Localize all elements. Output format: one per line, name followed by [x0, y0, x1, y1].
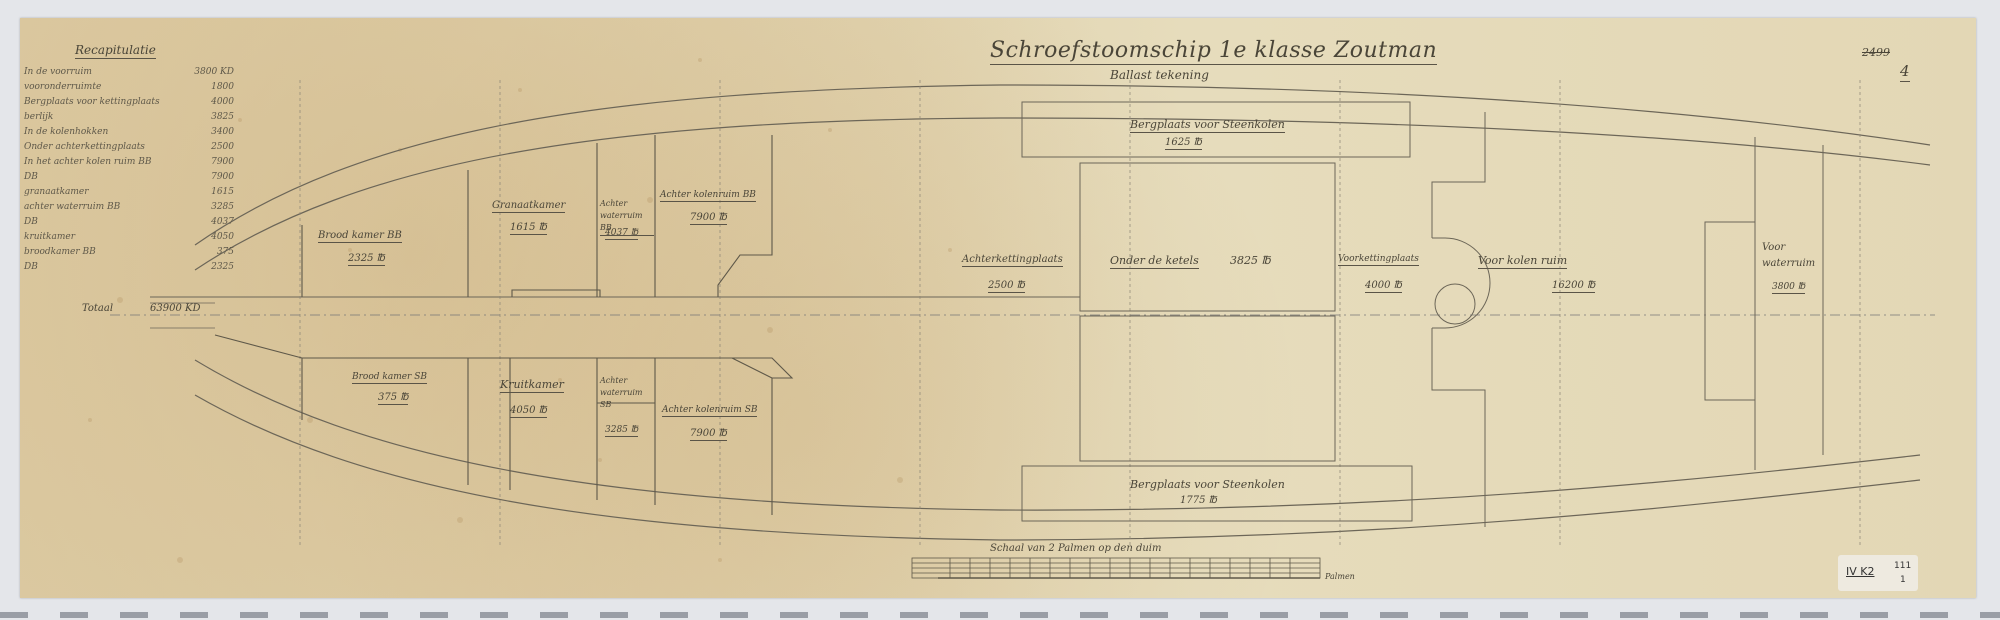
- legend-row: achter waterruim BB3285: [24, 202, 234, 212]
- compartment-weight: 3825 ℔: [1230, 254, 1271, 267]
- legend-row: In het achter kolen ruim BB7900: [24, 157, 234, 167]
- archive-sub: 1: [1900, 575, 1906, 585]
- compartment-label: Onder de ketels: [1110, 254, 1199, 269]
- coal-storage-lower-label: Bergplaats voor Steenkolen: [1130, 478, 1285, 491]
- compartment-label: Achterkettingplaats: [962, 254, 1063, 267]
- compartment-label: Achter kolenruim SB: [662, 405, 757, 417]
- compartment-label: Voor kolen ruim: [1478, 254, 1567, 269]
- compartment-label: Brood kamer BB: [318, 230, 402, 243]
- ship-plan-drawing: [0, 0, 2000, 620]
- legend-row: In de kolenhokken3400: [24, 127, 234, 137]
- coal-storage-upper-label: Bergplaats voor Steenkolen: [1130, 118, 1285, 133]
- legend-total-label: Totaal: [82, 303, 113, 314]
- compartment-weight: 4037 ℔: [605, 228, 638, 240]
- legend-row: vooronderruimte1800: [24, 82, 234, 92]
- legend-row: kruitkamer4050: [24, 232, 234, 242]
- compartment-weight: 16200 ℔: [1552, 280, 1595, 293]
- legend-row: DB7900: [24, 172, 234, 182]
- compartment-weight: 375 ℔: [378, 392, 408, 405]
- compartment-label: Achter waterruim SB: [600, 375, 654, 411]
- legend-row: In de voorruim3800 KD: [24, 67, 234, 77]
- hull-outline: [195, 85, 1930, 540]
- archive-code: IV K2: [1846, 565, 1874, 578]
- compartment-label: Kruitkamer: [500, 378, 564, 393]
- archive-number: 111: [1894, 561, 1911, 571]
- legend-row: broodkamer BB375: [24, 247, 234, 257]
- scale-bar-caption: Schaal van 2 Palmen op den duim: [990, 543, 1161, 554]
- coal-storage-upper-weight: 1625 ℔: [1165, 137, 1202, 150]
- coal-storage-lower-weight: 1775 ℔: [1180, 495, 1217, 506]
- sheet-number: 4: [1900, 62, 1910, 82]
- legend-row: DB4037: [24, 217, 234, 227]
- compartment-weight: 2500 ℔: [988, 280, 1025, 293]
- compartment-weight: 3285 ℔: [605, 425, 638, 437]
- old-sheet-number: 2499: [1862, 46, 1890, 59]
- legend-title: Recapitulatie: [75, 43, 156, 59]
- legend-row: granaatkamer1615: [24, 187, 234, 197]
- calibration-strip: [0, 612, 2000, 620]
- compartment-label: Voorkettingplaats: [1338, 254, 1419, 266]
- archive-label: IV K2 111 1: [1838, 555, 1918, 591]
- center-compartments: [1022, 102, 1823, 527]
- legend-row: Bergplaats voor kettingplaats4000: [24, 97, 234, 107]
- legend-row: Onder achterkettingplaats2500: [24, 142, 234, 152]
- compartment-weight: 7900 ℔: [690, 428, 727, 441]
- legend-row: berlijk3825: [24, 112, 234, 122]
- compartment-label: Achter kolenruim BB: [660, 190, 756, 202]
- drawing-subtitle: Ballast tekening: [1110, 68, 1209, 82]
- compartment-weight: 4050 ℔: [510, 405, 547, 418]
- legend-row: DB2325: [24, 262, 234, 272]
- scale-bar: [912, 558, 1320, 578]
- compartment-weight: 3800 ℔: [1772, 282, 1805, 294]
- compartment-label: Brood kamer SB: [352, 372, 427, 384]
- compartment-weight: 7900 ℔: [690, 212, 727, 225]
- compartment-weight: 1615 ℔: [510, 222, 547, 235]
- drawing-title: Schroefstoomschip 1e klasse Zoutman: [990, 38, 1437, 65]
- aft-compartments-lower: [215, 335, 792, 515]
- compartment-weight: 4000 ℔: [1365, 280, 1402, 293]
- legend-total-value: 63900 KD: [150, 303, 200, 314]
- compartment-weight: 2325 ℔: [348, 253, 385, 266]
- compartment-label: Granaatkamer: [492, 200, 565, 213]
- scale-bar-unit: Palmen: [1325, 572, 1355, 581]
- compartment-label: Voor waterruim: [1762, 240, 1820, 272]
